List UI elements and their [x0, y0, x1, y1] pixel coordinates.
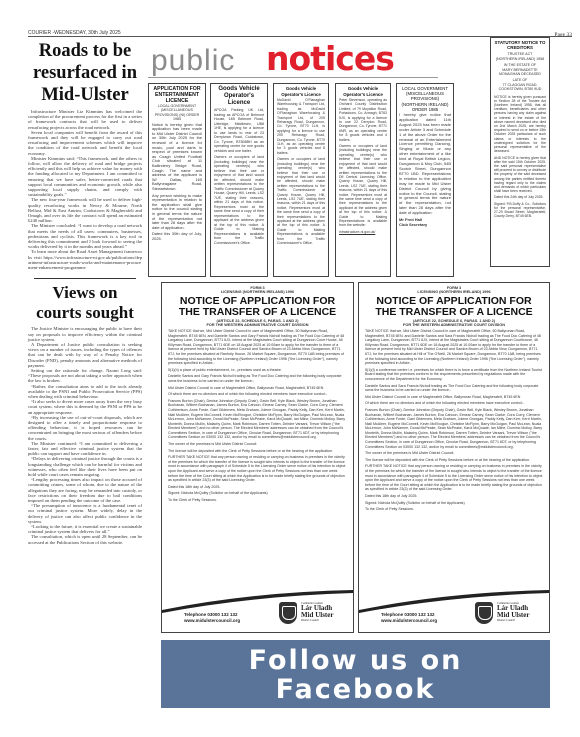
paragraph: A Department of Justice public consultat… — [28, 342, 142, 368]
paragraph: Mid Ulster District Council in care of M… — [168, 386, 347, 391]
notice-body: Notice is hereby given that application … — [152, 123, 202, 242]
form-body: TAKE NOTICE that we, Mid Ulster District… — [365, 329, 543, 512]
paragraph: Frances Burton (Chair), Denise Johnston … — [365, 408, 543, 449]
deceased-address: 77 CLAGGAN ROAD, COOKSTOWN, BT80 9UD — [494, 83, 546, 92]
paragraph: Signed: P.B.Duffy & Co., Solicitors for … — [494, 202, 546, 219]
act-jurisdiction: (NORTHERN IRELAND) 1958 — [494, 57, 546, 61]
paragraph: “By increasing the use of out-of-court d… — [28, 415, 142, 441]
paragraph: Seven local companies will benefit from … — [28, 130, 142, 156]
paragraph: TAKE NOTICE that we, Mid Ulster District… — [365, 329, 543, 366]
banner-word-public: public — [151, 44, 235, 78]
logo-district: District Council — [301, 619, 333, 622]
council-website[interactable]: www.midulstercouncil.org — [184, 618, 240, 624]
paragraph: The Minister concluded: “I want to devel… — [28, 223, 142, 249]
paragraph: Of which there are no directors and of w… — [168, 392, 347, 397]
paragraph: The consultation, which is open until 28… — [28, 534, 142, 544]
paragraph: NOTICE is hereby given pursuant to Secti… — [494, 95, 546, 154]
notice-local-government-order: LOCAL GOVERNMENT (MISCELLANEOUS PROVISIO… — [396, 83, 454, 277]
paragraph: 5(1)(h) a place of public entertainment,… — [168, 368, 347, 373]
mid-ulster-logo: Comhairle Ceantair Lár Uladh Mid Ulster … — [279, 602, 345, 626]
notice-body: McDavid O'Flanaghan Warehousing & Transp… — [277, 98, 325, 245]
article-body-roads: Infrastructure Minister Liz Kimmins has … — [28, 109, 142, 270]
logo-district: District Council — [497, 619, 529, 622]
paragraph: The owner of the premises is Mid Ulster … — [365, 451, 543, 456]
paragraph: To the Clerk of Petty Sessions. — [365, 507, 543, 512]
paragraph: Danielle Santos and Sara Francis Nicholl… — [365, 384, 543, 393]
logo-english: Mid Ulster — [497, 612, 529, 619]
paragraph: APCOA Parking UK Ltd, trading as APCOA o… — [214, 108, 264, 153]
paragraph: Frances Burton (Chair), Denise Johnston … — [168, 399, 347, 440]
paragraph: The Justice Minister is encouraging the … — [28, 326, 142, 342]
paragraph: TAKE NOTICE that we, Mid Ulster District… — [168, 329, 347, 366]
article-divider — [34, 278, 136, 279]
facebook-line2: Facebook — [161, 675, 550, 704]
form-title: NOTICE OF APPLICATION FOR THE TRANSFER O… — [168, 296, 347, 318]
notice-title: Goods Vehicle Operator's Licence — [339, 86, 387, 97]
notice-subtitle: LOCAL GOVERNMENT (MISCELLANEOUS PROVISIO… — [152, 104, 202, 122]
facebook-banner[interactable]: Follow us on Facebook — [161, 640, 550, 708]
banner-word-notices: notices — [266, 39, 394, 78]
paragraph: The new four-year framework will be used… — [28, 197, 142, 223]
paragraph: Owners or occupiers of land (including b… — [277, 157, 325, 245]
paragraph: The owner of the premises is Mid Ulster … — [168, 442, 347, 447]
form3-transfer-theatre: FORM 3 LICENSING (NORTHERN IRELAND) 1996… — [161, 282, 354, 633]
deceased-name: MARY BERNADETTE MONAGHAN DECEASED — [494, 68, 546, 77]
notice-title: LOCAL GOVERNMENT (MISCELLANEOUS PROVISIO… — [399, 86, 451, 112]
paragraph: Any person wishing to make representatio… — [152, 194, 202, 231]
notice-body: NOTICE is hereby given pursuant to Secti… — [494, 95, 546, 219]
paragraph: Owners or occupiers of land (including b… — [214, 155, 264, 245]
paragraph: Owners or occupiers of land (including b… — [339, 144, 387, 228]
notice-body: I hereby give notice that application da… — [399, 113, 451, 228]
mid-ulster-logo: Comhairle Ceantair Lár Uladh Mid Ulster … — [475, 602, 541, 626]
paragraph: 5(1)(f) a conference centre i.e. premise… — [365, 368, 543, 382]
council-footer: Telephone 03000 132 132 www.midulstercou… — [359, 590, 549, 632]
notice-title: Goods Vehicle Operator's Licence — [277, 86, 325, 97]
facebook-line1: Follow us on — [161, 646, 550, 675]
council-crest-icon — [279, 602, 297, 624]
paragraph: To the Clerk of Petty Sessions. — [168, 498, 347, 503]
logo-english: Mid Ulster — [301, 612, 333, 619]
signatory-title: Club Secretary — [399, 223, 451, 228]
paragraph: AND NOTICE is hereby given that after th… — [494, 156, 546, 194]
paragraph: “The presumption of innocence is a funda… — [28, 503, 142, 524]
paragraph: Mid Ulster District Council in care of M… — [365, 395, 543, 400]
page-number: Page 33 — [554, 32, 572, 38]
paragraph: Signed: Nichola McQuitty (Solicitor on b… — [365, 501, 543, 506]
paragraph: Infrastructure Minister Liz Kimmins has … — [28, 109, 142, 130]
article-body-courts: The Justice Minister is encouraging the … — [28, 326, 142, 545]
form3-transfer-conference: FORM 3 LICENSING (NORTHERN IRELAND) 1996… — [358, 282, 550, 633]
paragraph: Setting out the rationale for change, Na… — [28, 368, 142, 384]
form-act: LICENSING (NORTHERN IRELAND) 1996 — [365, 290, 543, 294]
council-crest-icon — [475, 602, 493, 624]
paragraph: The licence will be deposited with the C… — [168, 449, 347, 454]
notice-title: APPLICATION FOR ENTERTAINMENT LICENCE — [152, 86, 202, 104]
public-notices-banner: public notices — [148, 44, 438, 78]
notice-goods-vehicle-apcoa: Goods Vehicle Operator's Licence APCOA P… — [210, 83, 268, 277]
paragraph: Dated this 24th day of July 2025. — [494, 195, 546, 199]
paragraph: “Lengthy processing times also impact on… — [28, 477, 142, 503]
article-headline-courts: Views on courts sought — [28, 283, 142, 323]
form-title: NOTICE OF APPLICATION FOR THE TRANSFER O… — [365, 296, 543, 318]
notice-statutory-creditors: STATUTORY NOTICE TO CREDITORS TRUSTEE AC… — [490, 37, 550, 267]
paragraph: “Looking to the future, it is essential … — [28, 524, 142, 534]
notice-body: Peter Stevenson, operating as Orchard Co… — [339, 98, 387, 234]
form-act: LICENSING (NORTHERN IRELAND) 1996 — [168, 290, 347, 294]
paragraph: Of which there are no directors and of w… — [365, 401, 543, 406]
paragraph: I hereby give notice that application da… — [399, 113, 451, 216]
notice-title: STATUTORY NOTICE TO CREDITORS — [494, 40, 546, 50]
notice-title: Goods Vehicle Operator's Licence — [214, 86, 264, 107]
paragraph: Signed: Nichola McQuitty (Solicitor on b… — [168, 491, 347, 496]
left-column: Roads to be resurfaced in Mid-Ulster Inf… — [28, 40, 142, 545]
council-contact: Telephone 03000 132 132 www.midulstercou… — [184, 612, 240, 624]
paragraph: Danielle Santos and Gary Francis Nicholl… — [168, 374, 347, 383]
form-division: FOR THE WESTERN ADMINISTRATIVE COURT DIV… — [365, 323, 543, 327]
paragraph: Minister Kimmins said: “This framework, … — [28, 156, 142, 198]
paragraph: FURTHER TAKE NOTICE that any person owni… — [365, 464, 543, 492]
paragraph: Notice is hereby given that application … — [152, 123, 202, 192]
council-website[interactable]: www.midulstercouncil.org — [381, 618, 437, 624]
paragraph: “Delays in delivering criminal justice t… — [28, 456, 142, 477]
notice-goods-vehicle-mcdavid: Goods Vehicle Operator's Licence McDavid… — [273, 83, 329, 277]
form-division: FOR THE WESTERN ADMINISTRATIVE COURT DIV… — [168, 323, 347, 327]
council-contact: Telephone 03000 132 132 www.midulstercou… — [381, 612, 437, 624]
paragraph: Dated this 18th day of July 2025. — [168, 485, 347, 490]
paragraph: FURTHER TAKE NOTICE that any person owni… — [168, 455, 347, 483]
notice-goods-vehicle-stevenson: Goods Vehicle Operator's Licence Peter S… — [335, 83, 391, 277]
paragraph: The Minister continued: “I am committed … — [28, 441, 142, 457]
notice-body: APCOA Parking UK Ltd, trading as APCOA o… — [214, 108, 264, 245]
council-footer: Telephone 03000 132 132 www.midulstercou… — [162, 590, 353, 632]
paragraph-link[interactable]: To learn more about the Road Asset Manag… — [28, 249, 142, 270]
paragraph: Peter Stevenson, operating as Orchard Co… — [339, 98, 387, 142]
paragraph: Dated this 30th day of July, 2025. — [152, 232, 202, 241]
paragraph: McDavid O'Flanaghan Warehousing & Transp… — [277, 98, 325, 155]
paragraph: Dated this 18th day of July 2025. — [365, 494, 543, 499]
notice-entertainment-licence: APPLICATION FOR ENTERTAINMENT LICENCE LO… — [148, 83, 206, 277]
paragraph: “Rather, the consultation aims to add to… — [28, 384, 142, 400]
paragraph: The licence will be deposited with the C… — [365, 458, 543, 463]
paragraph: “It also seeks to divert more cases away… — [28, 399, 142, 415]
form-body: TAKE NOTICE that we, Mid Ulster District… — [168, 329, 347, 503]
banner-rule — [148, 77, 438, 78]
article-headline-roads: Roads to be resurfaced in Mid-Ulster — [28, 40, 142, 106]
website-link[interactable]: infrastructure-ni.gov.uk/ — [339, 230, 387, 234]
